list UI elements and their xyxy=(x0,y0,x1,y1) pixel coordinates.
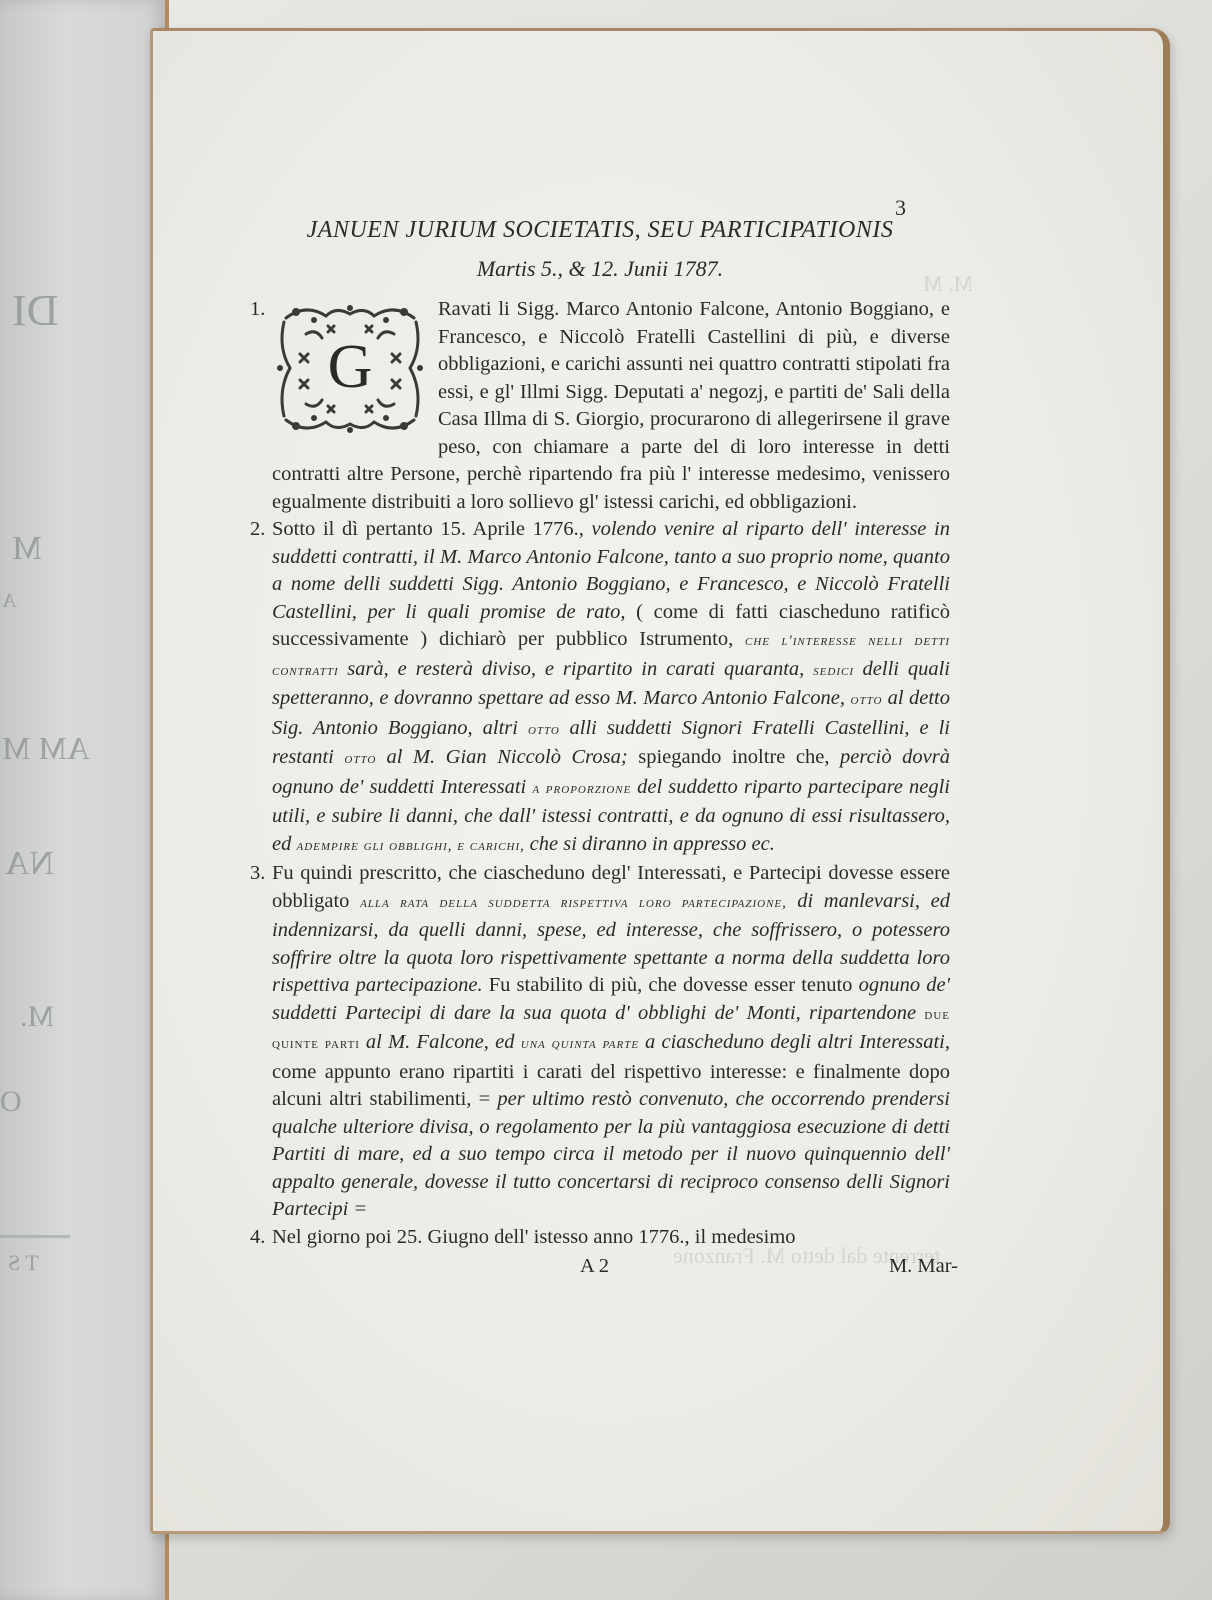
text-run: spiegando inoltre che, xyxy=(638,746,840,768)
mirrored-text: A xyxy=(2,590,16,613)
paragraph-number: 3. xyxy=(250,860,265,888)
ornamental-drop-cap: G xyxy=(276,298,424,440)
text-run: al M. Gian Niccolò Crosa; xyxy=(386,746,638,768)
paragraph-text: Nel giorno poi 25. Giugno dell' istesso … xyxy=(272,1226,796,1248)
paragraph-number: 2. xyxy=(250,516,265,544)
text-run: una quinta parte xyxy=(521,1036,645,1052)
left-page-verso: DI M A AM M NA M. O T S xyxy=(0,0,169,1600)
text-run: al M. Falcone, ed xyxy=(366,1031,521,1053)
mirrored-text: DI xyxy=(12,285,58,336)
drop-cap-letter: G xyxy=(324,336,376,398)
paragraph-1: 1. xyxy=(250,296,950,516)
text-run: che si diranno in appresso ec. xyxy=(530,833,775,855)
text-run: a proporzione xyxy=(532,781,637,797)
text-run: adempire gli obblighi, e carichi, xyxy=(296,838,529,854)
running-title: Januen Jurium Societatis, seu Participat… xyxy=(250,217,950,245)
text-run: sarà, e resterà diviso, e ripartito in c… xyxy=(347,658,813,680)
mirrored-text: T S xyxy=(8,1250,39,1276)
text-run: otto xyxy=(528,722,570,738)
text-run: alla rata della suddetta rispettiva loro… xyxy=(360,895,797,911)
catchword: M. Mar- xyxy=(889,1253,958,1281)
paragraph-2: 2. Sotto il dì pertanto 15. Aprile 1776.… xyxy=(250,516,950,860)
mirrored-rule xyxy=(0,1235,70,1238)
text-run: otto xyxy=(344,751,386,767)
paragraph-text: Fu quindi prescritto, che ciascheduno de… xyxy=(272,862,950,1220)
mirrored-text: NA xyxy=(5,845,54,883)
text-run: Sotto il dì pertanto 15. Aprile 1776., xyxy=(272,518,592,540)
text-run: a ciascheduno degli altri Interessati, xyxy=(645,1031,950,1053)
date-line: Martis 5., & 12. Junii 1787. xyxy=(250,255,950,283)
mirrored-text: M xyxy=(12,530,42,568)
signature-mark: A 2 xyxy=(580,1253,609,1281)
text-run: Fu stabilito di più, che dovesse esser t… xyxy=(489,974,859,996)
page-footer: A 2 M. Mar- xyxy=(250,1253,950,1283)
text-run: otto xyxy=(851,692,888,708)
paragraph-text: Sotto il dì pertanto 15. Aprile 1776., v… xyxy=(272,518,950,855)
mirrored-text: O xyxy=(0,1085,22,1119)
text-run: sedici xyxy=(813,663,862,679)
paragraph-3: 3. Fu quindi prescritto, che ciascheduno… xyxy=(250,860,950,1224)
document-body: Januen Jurium Societatis, seu Participat… xyxy=(250,205,950,1283)
paragraph-4: 4. Nel giorno poi 25. Giugno dell' istes… xyxy=(250,1224,950,1252)
paragraph-number: 4. xyxy=(250,1224,265,1252)
paragraph-number: 1. xyxy=(250,296,265,324)
mirrored-text: M. xyxy=(20,1000,54,1034)
mirrored-text: AM M xyxy=(2,730,90,767)
